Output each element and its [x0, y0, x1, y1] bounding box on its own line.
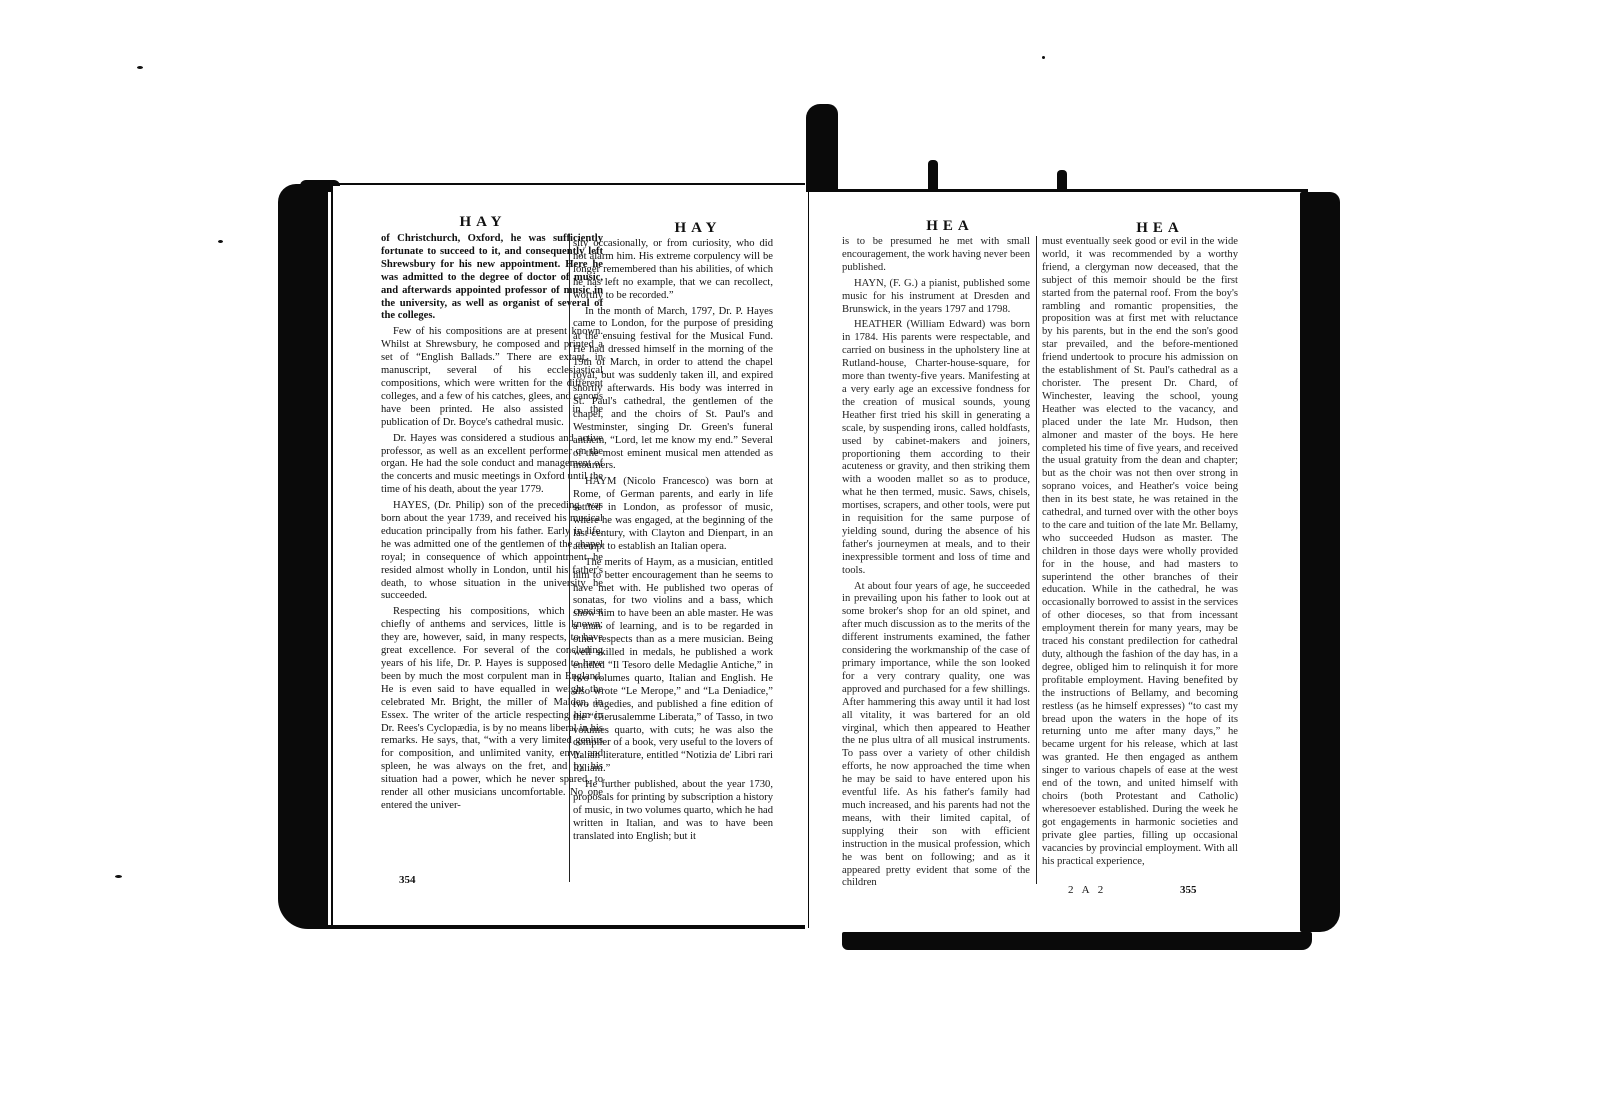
paragraph: must eventually seek good or evil in the…	[1042, 236, 1238, 868]
running-head: HEA	[920, 218, 980, 235]
signature-mark: 2 A 2	[1068, 884, 1106, 896]
paragraph: is to be presumed he met with small enco…	[842, 236, 1030, 275]
right-cover-edge	[1300, 192, 1340, 932]
column-rule	[569, 234, 570, 882]
right-page: HEA HEA is to be presumed he met with sm…	[810, 192, 1300, 932]
speck	[218, 240, 223, 243]
paragraph: In the month of March, 1797, Dr. P. Haye…	[573, 306, 773, 474]
running-head: HAY	[668, 220, 728, 237]
paragraph: The merits of Haym, as a musician, entit…	[573, 557, 773, 776]
paragraph: sity occasionally, or from curiosity, wh…	[573, 238, 773, 303]
gutter-mark-3	[1057, 170, 1067, 190]
paragraph: HAYN, (F. G.) a pianist, published some …	[842, 278, 1030, 317]
right-cover-bottom	[842, 932, 1312, 950]
gutter-shadow-top	[806, 104, 838, 192]
speck	[137, 66, 143, 69]
text-column-2: sity occasionally, or from curiosity, wh…	[573, 238, 773, 844]
column-rule	[1036, 236, 1037, 884]
gutter-line	[808, 188, 809, 928]
text-column-1: is to be presumed he met with small enco…	[842, 236, 1030, 890]
speck	[1042, 56, 1045, 59]
speck	[115, 875, 122, 878]
gutter-mark-2	[928, 160, 938, 190]
page-number: 354	[399, 874, 416, 886]
paragraph: HAYM (Nicolo Francesco) was born at Rome…	[573, 476, 773, 553]
page-number: 355	[1180, 884, 1197, 896]
running-head: HEA	[1130, 220, 1190, 237]
left-page-top-line	[335, 183, 805, 185]
left-page: HAY HAY of Christchurch, Oxford, he was …	[333, 186, 806, 924]
paragraph: HEATHER (William Edward) was born in 178…	[842, 319, 1030, 577]
paragraph: At about four years of age, he succeeded…	[842, 581, 1030, 891]
text-column-2: must eventually seek good or evil in the…	[1042, 236, 1238, 868]
left-page-bottom-line	[320, 925, 805, 929]
running-head: HAY	[453, 214, 513, 231]
paragraph: He further published, about the year 173…	[573, 779, 773, 844]
left-cover-edge	[278, 184, 328, 929]
